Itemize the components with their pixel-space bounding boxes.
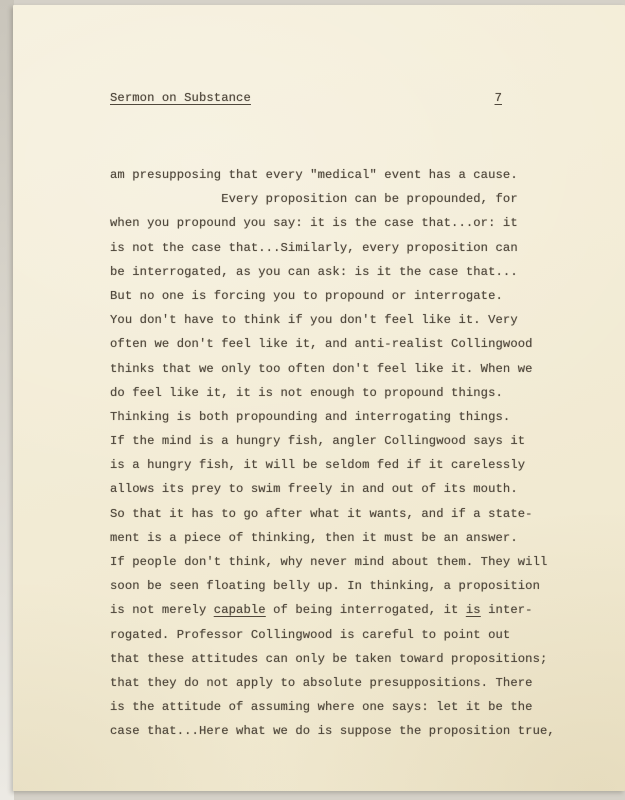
typed-line: that these attitudes can only be taken t… bbox=[110, 647, 625, 671]
document-page: Sermon on Substance 7 am presupposing th… bbox=[13, 5, 625, 791]
typed-line: am presupposing that every "medical" eve… bbox=[110, 163, 625, 187]
typed-line: Every proposition can be propounded, for bbox=[110, 187, 625, 211]
typed-line: do feel like it, it is not enough to pro… bbox=[110, 381, 625, 405]
typed-line: that they do not apply to absolute presu… bbox=[110, 671, 625, 695]
typed-line: If the mind is a hungry fish, angler Col… bbox=[110, 429, 625, 453]
typed-line: But no one is forcing you to propound or… bbox=[110, 284, 625, 308]
page-header: Sermon on Substance 7 bbox=[110, 91, 502, 115]
typed-line: is not the case that...Similarly, every … bbox=[110, 236, 625, 260]
typed-line: be interrogated, as you can ask: is it t… bbox=[110, 260, 625, 284]
typed-line: ment is a piece of thinking, then it mus… bbox=[110, 526, 625, 550]
typed-line: is a hungry fish, it will be seldom fed … bbox=[110, 453, 625, 477]
typed-line: So that it has to go after what it wants… bbox=[110, 502, 625, 526]
document-title: Sermon on Substance bbox=[110, 91, 251, 105]
typed-line: allows its prey to swim freely in and ou… bbox=[110, 477, 625, 501]
typed-line: soon be seen floating belly up. In think… bbox=[110, 574, 625, 598]
page-content: Sermon on Substance 7 am presupposing th… bbox=[13, 5, 625, 791]
scan-backdrop bbox=[0, 0, 14, 800]
typed-line: when you propound you say: it is the cas… bbox=[110, 211, 625, 235]
typed-line: often we don't feel like it, and anti-re… bbox=[110, 332, 625, 356]
typed-line: thinks that we only too often don't feel… bbox=[110, 357, 625, 381]
page-number: 7 bbox=[495, 91, 502, 105]
typed-line: case that...Here what we do is suppose t… bbox=[110, 719, 625, 743]
typed-line: is not merely capable of being interroga… bbox=[110, 598, 625, 622]
typed-line: rogated. Professor Collingwood is carefu… bbox=[110, 623, 625, 647]
typed-line: You don't have to think if you don't fee… bbox=[110, 308, 625, 332]
typed-line: is the attitude of assuming where one sa… bbox=[110, 695, 625, 719]
typed-line: If people don't think, why never mind ab… bbox=[110, 550, 625, 574]
typed-line: Thinking is both propounding and interro… bbox=[110, 405, 625, 429]
typed-text: am presupposing that every "medical" eve… bbox=[110, 163, 625, 744]
